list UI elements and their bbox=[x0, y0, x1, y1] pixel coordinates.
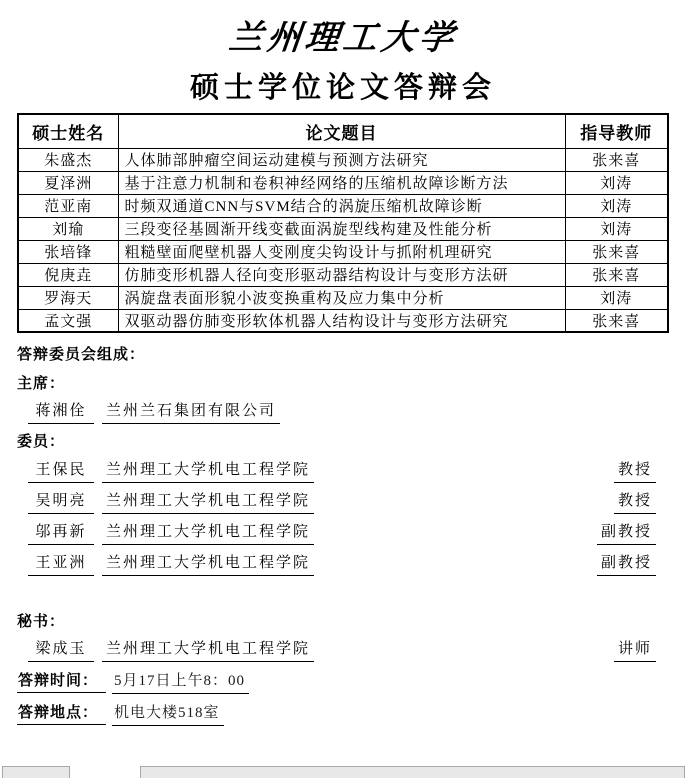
table-row: 刘瑜 三段变径基圆渐开线变截面涡旋型线构建及性能分析 刘涛 bbox=[18, 217, 668, 240]
table-header-row: 硕士姓名 论文题目 指导教师 bbox=[18, 114, 668, 148]
table-row: 张培锋 粗糙壁面爬壁机器人变刚度尖钩设计与抓附机理研究 张来喜 bbox=[18, 240, 668, 263]
defense-place-value: 机电大楼518室 bbox=[112, 703, 224, 726]
member-row: 邬再新 兰州理工大学机电工程学院 副教授 bbox=[28, 522, 669, 545]
chair-name: 蒋湘佺 bbox=[28, 401, 94, 424]
advisor-name: 张来喜 bbox=[565, 263, 668, 286]
member-name: 邬再新 bbox=[28, 522, 94, 545]
document-page: 兰州理工大学 硕士学位论文答辩会 硕士姓名 论文题目 指导教师 朱盛杰 人体肺部… bbox=[0, 0, 685, 726]
member-row: 吴明亮 兰州理工大学机电工程学院 教授 bbox=[28, 491, 669, 514]
chair-organization: 兰州兰石集团有限公司 bbox=[102, 401, 280, 424]
advisor-name: 刘涛 bbox=[565, 194, 668, 217]
member-organization: 兰州理工大学机电工程学院 bbox=[102, 460, 314, 483]
secretary-label: 秘书： bbox=[17, 612, 669, 632]
members-label: 委员： bbox=[17, 432, 669, 452]
member-name: 王保民 bbox=[28, 460, 94, 483]
thesis-title: 三段变径基圆渐开线变截面涡旋型线构建及性能分析 bbox=[118, 217, 565, 240]
thesis-title: 人体肺部肿瘤空间运动建模与预测方法研究 bbox=[118, 148, 565, 171]
advisor-name: 刘涛 bbox=[565, 286, 668, 309]
member-title: 副教授 bbox=[597, 553, 656, 576]
defense-place-label: 答辩地点： bbox=[17, 702, 106, 725]
bottom-chrome-bar-right[interactable] bbox=[140, 766, 685, 778]
col-header-student-name: 硕士姓名 bbox=[18, 114, 118, 148]
col-header-thesis-title: 论文题目 bbox=[118, 114, 565, 148]
thesis-title: 双驱动器仿肺变形软体机器人结构设计与变形方法研究 bbox=[118, 309, 565, 332]
chair-row: 蒋湘佺 兰州兰石集团有限公司 bbox=[28, 401, 669, 424]
thesis-title: 基于注意力机制和卷积神经网络的压缩机故障诊断方法 bbox=[118, 171, 565, 194]
secretary-organization: 兰州理工大学机电工程学院 bbox=[102, 639, 314, 662]
member-name: 吴明亮 bbox=[28, 491, 94, 514]
table-row: 倪庚垚 仿肺变形机器人径向变形驱动器结构设计与变形方法研 张来喜 bbox=[18, 263, 668, 286]
member-organization: 兰州理工大学机电工程学院 bbox=[102, 553, 314, 576]
table-row: 罗海天 涡旋盘表面形貌小波变换重构及应力集中分析 刘涛 bbox=[18, 286, 668, 309]
student-name: 张培锋 bbox=[18, 240, 118, 263]
member-organization: 兰州理工大学机电工程学院 bbox=[102, 491, 314, 514]
member-name: 王亚洲 bbox=[28, 553, 94, 576]
thesis-title: 粗糙壁面爬壁机器人变刚度尖钩设计与抓附机理研究 bbox=[118, 240, 565, 263]
defense-time-value: 5月17日上午8：00 bbox=[112, 671, 249, 694]
student-name: 夏泽洲 bbox=[18, 171, 118, 194]
table-row: 朱盛杰 人体肺部肿瘤空间运动建模与预测方法研究 张来喜 bbox=[18, 148, 668, 171]
advisor-name: 张来喜 bbox=[565, 309, 668, 332]
university-logo: 兰州理工大学 bbox=[14, 14, 671, 62]
bottom-chrome-bar-left[interactable] bbox=[2, 766, 70, 778]
member-title: 副教授 bbox=[597, 522, 656, 545]
defense-time-label: 答辩时间： bbox=[17, 670, 106, 693]
student-name: 朱盛杰 bbox=[18, 148, 118, 171]
advisor-name: 张来喜 bbox=[565, 240, 668, 263]
advisor-name: 刘涛 bbox=[565, 217, 668, 240]
student-name: 范亚南 bbox=[18, 194, 118, 217]
thesis-title: 仿肺变形机器人径向变形驱动器结构设计与变形方法研 bbox=[118, 263, 565, 286]
advisor-name: 刘涛 bbox=[565, 171, 668, 194]
committee-heading: 答辩委员会组成： bbox=[17, 345, 669, 365]
student-name: 罗海天 bbox=[18, 286, 118, 309]
advisor-name: 张来喜 bbox=[565, 148, 668, 171]
col-header-advisor: 指导教师 bbox=[565, 114, 668, 148]
secretary-row: 梁成玉 兰州理工大学机电工程学院 讲师 bbox=[28, 639, 669, 662]
defense-time-row: 答辩时间： 5月17日上午8：00 bbox=[17, 670, 669, 694]
table-row: 夏泽洲 基于注意力机制和卷积神经网络的压缩机故障诊断方法 刘涛 bbox=[18, 171, 668, 194]
member-title: 教授 bbox=[614, 460, 656, 483]
member-organization: 兰州理工大学机电工程学院 bbox=[102, 522, 314, 545]
thesis-title: 时频双通道CNN与SVM结合的涡旋压缩机故障诊断 bbox=[118, 194, 565, 217]
student-name: 刘瑜 bbox=[18, 217, 118, 240]
secretary-name: 梁成玉 bbox=[28, 639, 94, 662]
table-row: 范亚南 时频双通道CNN与SVM结合的涡旋压缩机故障诊断 刘涛 bbox=[18, 194, 668, 217]
table-row: 孟文强 双驱动器仿肺变形软体机器人结构设计与变形方法研究 张来喜 bbox=[18, 309, 668, 332]
chair-label: 主席： bbox=[17, 374, 669, 394]
page-title: 硕士学位论文答辩会 bbox=[17, 70, 669, 106]
member-row: 王保民 兰州理工大学机电工程学院 教授 bbox=[28, 460, 669, 483]
member-title: 教授 bbox=[614, 491, 656, 514]
secretary-title: 讲师 bbox=[614, 639, 656, 662]
student-name: 孟文强 bbox=[18, 309, 118, 332]
thesis-title: 涡旋盘表面形貌小波变换重构及应力集中分析 bbox=[118, 286, 565, 309]
defense-table: 硕士姓名 论文题目 指导教师 朱盛杰 人体肺部肿瘤空间运动建模与预测方法研究 张… bbox=[17, 113, 669, 333]
member-row: 王亚洲 兰州理工大学机电工程学院 副教授 bbox=[28, 553, 669, 576]
defense-place-row: 答辩地点： 机电大楼518室 bbox=[17, 702, 669, 726]
student-name: 倪庚垚 bbox=[18, 263, 118, 286]
